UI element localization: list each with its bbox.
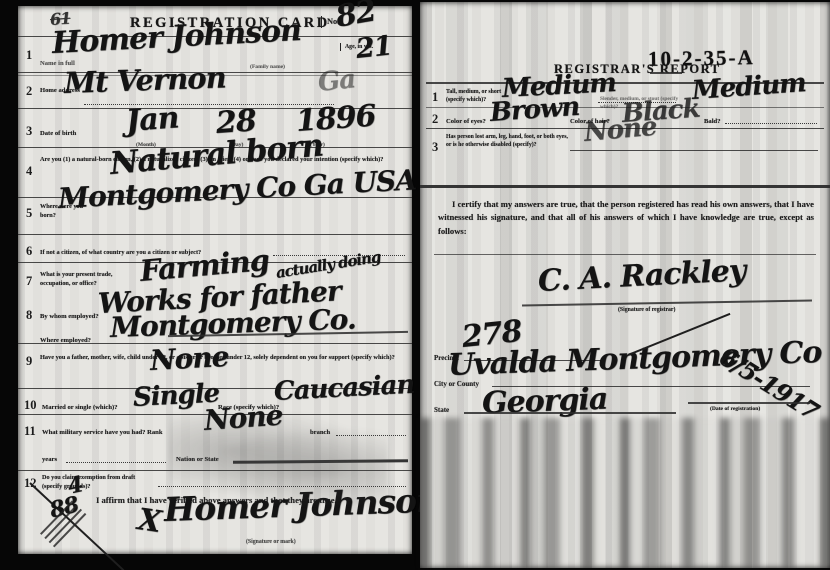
- state-label: State: [434, 406, 449, 416]
- line7-number: 7: [26, 274, 32, 289]
- state-value: Georgia: [481, 382, 607, 421]
- line10-number: 10: [24, 398, 37, 413]
- line9-number: 9: [26, 354, 32, 369]
- line8-by-label: By whom employed?: [40, 312, 99, 321]
- serial-number: 82: [333, 0, 378, 35]
- signature-sublabel: (Signature or mark): [246, 538, 296, 546]
- certification-text: I certify that my answers are true, that…: [438, 198, 814, 238]
- line11-number: 11: [24, 424, 36, 439]
- registrar-sublabel: (Signature of registrar): [618, 306, 675, 314]
- rule: [434, 254, 816, 255]
- rule: [420, 185, 830, 188]
- disability-answer: None: [583, 112, 658, 148]
- answer-line: [570, 150, 818, 151]
- disability-label: Has person lost arm, leg, hand, foot, or…: [446, 133, 572, 149]
- scan-smudge: [168, 414, 388, 504]
- line6-number: 6: [26, 244, 32, 259]
- birth-month: Jan: [125, 100, 180, 139]
- stamp-underline: [650, 72, 682, 74]
- report-line3-number: 3: [432, 140, 438, 155]
- years-label: years: [42, 455, 57, 464]
- line2-number: 2: [26, 84, 32, 99]
- line10-married-label: Married or single (which)?: [42, 403, 118, 412]
- family-name-sublabel: (Family name): [250, 64, 285, 72]
- name-answer: Homer Johnson: [51, 13, 301, 61]
- rule: [18, 234, 412, 235]
- date-sublabel: (Date of registration): [710, 406, 760, 414]
- eyes-answer: Brown: [489, 92, 580, 128]
- state-line: [464, 412, 676, 414]
- report-line1-number: 1: [432, 90, 438, 105]
- bald-label: Bald?: [704, 117, 721, 126]
- race-answer: Caucasian: [273, 370, 415, 407]
- line12-label: Do you claim exemption from draft (speci…: [42, 474, 157, 491]
- registration-card: 61 REGISTRATION CARD No. 82 1 Name in fu…: [18, 6, 412, 554]
- scanned-draft-card: { "card": { "corner_mark": "61", "title"…: [0, 0, 830, 570]
- signature-x-mark: X: [136, 502, 163, 540]
- line3-number: 3: [26, 124, 32, 139]
- build-answer: Medium: [691, 68, 807, 106]
- registrars-report: REGISTRAR'S REPORT 10-2-35-A 1 Tall, med…: [420, 2, 830, 568]
- line8-number: 8: [26, 308, 32, 323]
- eyes-label: Color of eyes?: [446, 117, 486, 126]
- address-answer: Mt Vernon: [63, 60, 226, 100]
- line4-number: 4: [26, 164, 32, 179]
- dependents-answer: None: [149, 340, 229, 377]
- age-answer: 21: [354, 30, 393, 65]
- scan-smudge-bottom: [420, 418, 830, 568]
- date-line: [688, 402, 810, 404]
- registrar-signature: C. A. Rackley: [537, 253, 746, 299]
- dotted-line: [66, 462, 166, 463]
- line1-number: 1: [26, 48, 32, 63]
- report-line2-number: 2: [432, 112, 438, 127]
- line3-label: Date of birth: [40, 129, 76, 138]
- date-stamp: 10-2-35-A: [648, 45, 755, 72]
- address-state: Ga: [316, 64, 356, 98]
- dotted-line: [725, 123, 817, 124]
- rotated-stamp-lines: [37, 498, 89, 550]
- line5-number: 5: [26, 206, 32, 221]
